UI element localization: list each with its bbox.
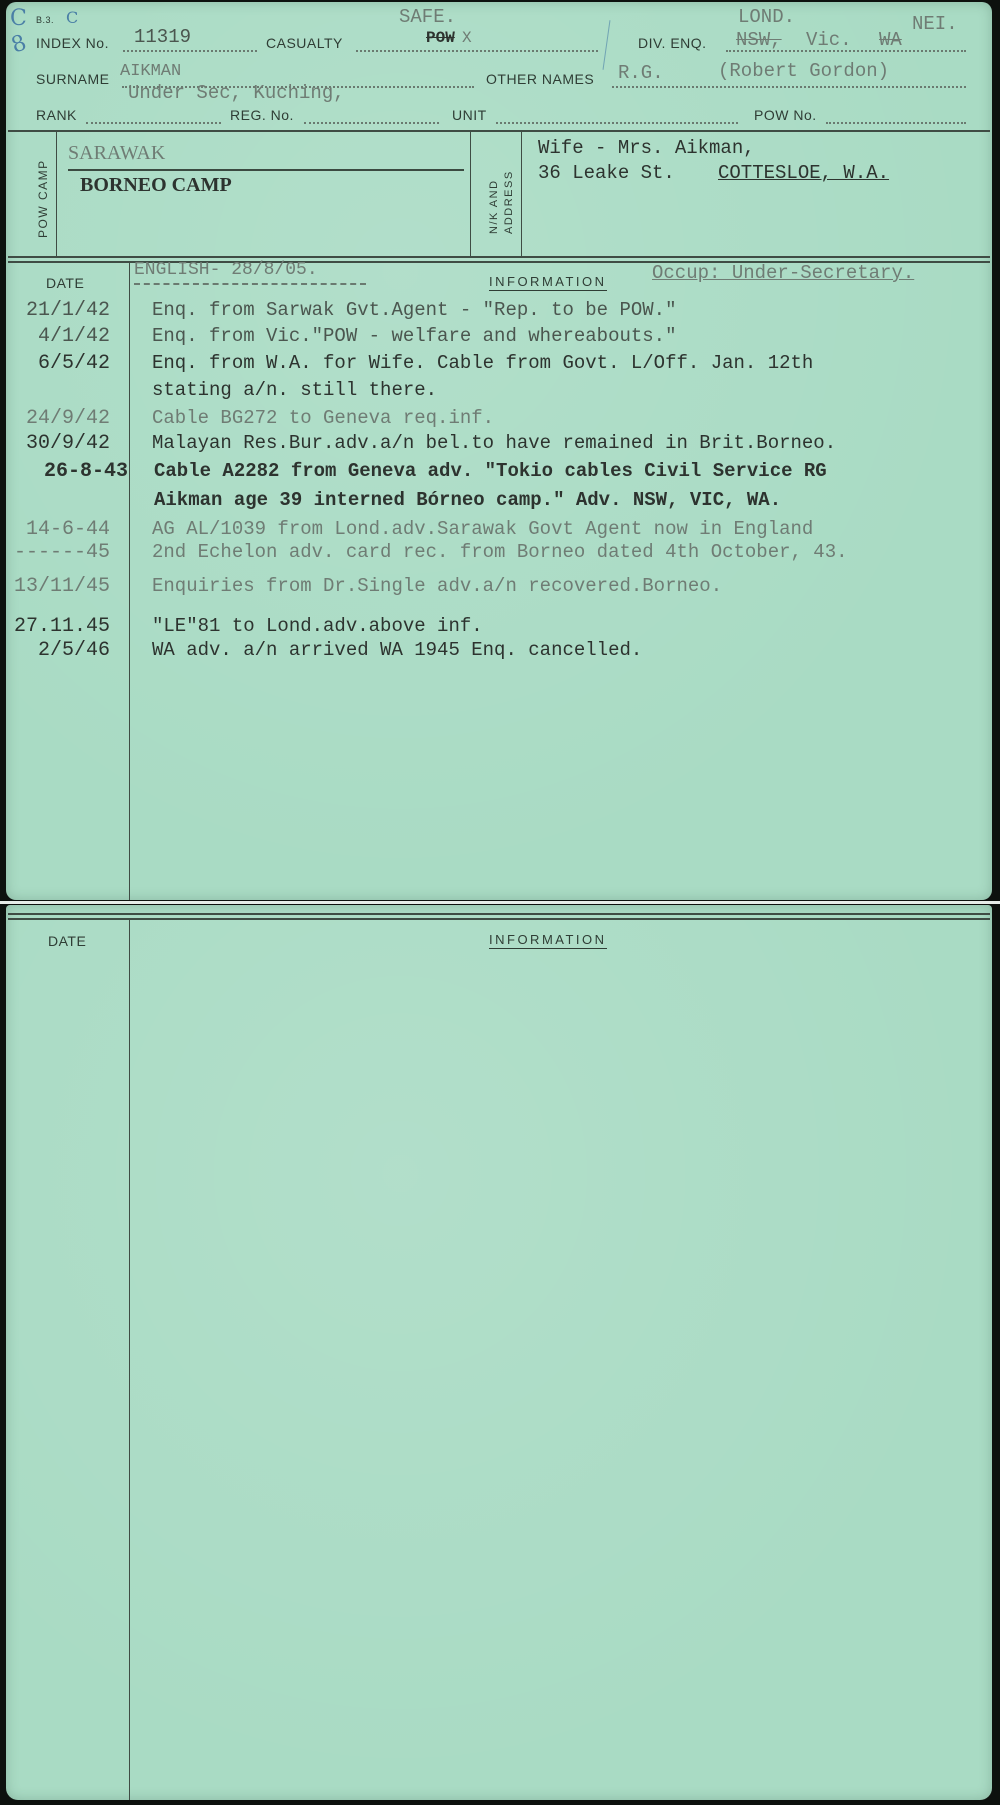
other-names-label: OTHER NAMES: [486, 71, 594, 87]
pencil-mark-c: C: [10, 6, 27, 31]
entry-date: 26-8-43: [6, 460, 128, 483]
form-code: B.3.: [36, 15, 54, 25]
nok-divider-left: [470, 132, 471, 256]
other-names-value: R.G.: [618, 62, 664, 84]
casualty-value-above: SAFE.: [399, 6, 456, 28]
back-date-label: DATE: [48, 933, 86, 949]
section-rule-top: [8, 130, 990, 132]
entry-date: 14-6-44: [6, 518, 110, 541]
entry-text: 2nd Echelon adv. card rec. from Borneo d…: [152, 541, 848, 563]
pencil-stroke: [603, 20, 611, 70]
reg-no-dotted-line: [304, 122, 439, 124]
div-enq-right: NEI.: [912, 13, 958, 35]
nok-divider-right: [521, 132, 522, 256]
record-card-front: C C 8 B.3. INDEX No. 11319 CASUALTY SAFE…: [6, 2, 992, 900]
casualty-value-overtyped: X: [462, 29, 472, 47]
pow-no-label: POW No.: [754, 107, 817, 123]
other-names-dotted-line: [612, 86, 966, 88]
pow-camp-strike-line: [68, 169, 464, 171]
entry-date: 30/9/42: [6, 432, 110, 455]
entry-date: 27.11.45: [6, 615, 110, 638]
nok-line-2-town: COTTESLOE, W.A.: [718, 162, 889, 184]
entry-text: AG AL/1039 from Lond.adv.Sarawak Govt Ag…: [152, 518, 813, 540]
reg-no-label: REG. No.: [230, 107, 294, 123]
entry-text: Enq. from Vic."POW - welfare and whereab…: [152, 325, 677, 347]
entry-date: 2/5/46: [6, 639, 110, 662]
card-separator: [0, 901, 1000, 904]
pencil-mark-c-2: C: [66, 8, 78, 27]
index-value: 11319: [134, 26, 191, 48]
pow-camp-label: POW CAMP: [36, 159, 50, 238]
entry-date: ------45: [6, 541, 110, 564]
information-column-label: INFORMATION: [489, 274, 607, 291]
entry-date: 6/5/42: [6, 352, 110, 375]
surname-label: SURNAME: [36, 71, 110, 87]
casualty-label: CASUALTY: [266, 35, 343, 51]
other-names-full: (Robert Gordon): [718, 60, 889, 82]
pow-camp-struck: SARAWAK: [68, 142, 165, 165]
nok-line-2-prefix: 36 Leake St.: [538, 162, 675, 184]
language-underline: [134, 283, 366, 285]
entry-text: "LE"81 to Lond.adv.above inf.: [152, 615, 483, 637]
entry-text: Malayan Res.Bur.adv.a/n bel.to have rema…: [152, 432, 836, 454]
div-enq-label: DIV. ENQ.: [638, 35, 707, 51]
nok-label-2: ADDRESS: [503, 170, 515, 234]
entry-date: 24/9/42: [6, 407, 110, 430]
date-column-label: DATE: [46, 275, 84, 291]
pow-camp-value: BORNEO CAMP: [80, 174, 232, 197]
entry-text: Cable BG272 to Geneva req.inf.: [152, 407, 494, 429]
pow-no-dotted-line: [826, 122, 966, 124]
entry-text: Cable A2282 from Geneva adv. "Tokio cabl…: [154, 460, 827, 482]
section-rule-1: [8, 256, 990, 258]
div-enq-struck: NSW,: [736, 29, 782, 51]
entry-text: Aikman age 39 interned Bórneo camp." Adv…: [154, 489, 781, 511]
index-dotted-line: [123, 50, 257, 52]
pencil-mark-8: 8: [8, 30, 30, 58]
nok-line-1: Wife - Mrs. Aikman,: [538, 137, 755, 159]
back-rule-2: [8, 918, 990, 920]
entry-text: Enq. from W.A. for Wife. Cable from Govt…: [152, 352, 813, 374]
back-date-column-divider: [129, 920, 130, 1800]
casualty-dotted-line: [356, 50, 598, 52]
back-information-label: INFORMATION: [489, 932, 607, 949]
div-enq-struck-2: WA: [879, 29, 902, 51]
rank-value: Under Sec, Kuching,: [128, 82, 345, 104]
unit-dotted-line: [496, 122, 738, 124]
rank-label: RANK: [36, 107, 77, 123]
div-enq-value: Vic.: [806, 29, 852, 51]
back-rule-1: [8, 913, 990, 915]
language-note: ENGLISH- 28/8/05.: [134, 260, 318, 280]
pow-camp-divider: [56, 132, 57, 256]
casualty-value-struck: POW: [426, 29, 455, 47]
record-card-back: DATE INFORMATION: [6, 905, 992, 1800]
surname-value: AIKMAN: [120, 62, 181, 81]
entry-text: Enq. from Sarwak Gvt.Agent - "Rep. to be…: [152, 299, 677, 321]
entry-date: 4/1/42: [6, 325, 110, 348]
entry-text: Enquiries from Dr.Single adv.a/n recover…: [152, 575, 722, 597]
entry-text: stating a/n. still there.: [152, 379, 437, 401]
nok-label-1: N/K AND: [488, 179, 500, 234]
occupation-note: Occup: Under-Secretary.: [652, 262, 914, 284]
date-column-divider: [129, 263, 130, 900]
rank-dotted-line: [86, 122, 221, 124]
unit-label: UNIT: [452, 107, 487, 123]
entry-text: WA adv. a/n arrived WA 1945 Enq. cancell…: [152, 639, 642, 661]
index-label: INDEX No.: [36, 35, 109, 51]
entry-date: 21/1/42: [6, 299, 110, 322]
div-enq-above: LOND.: [738, 6, 795, 28]
entry-date: 13/11/45: [6, 575, 110, 598]
